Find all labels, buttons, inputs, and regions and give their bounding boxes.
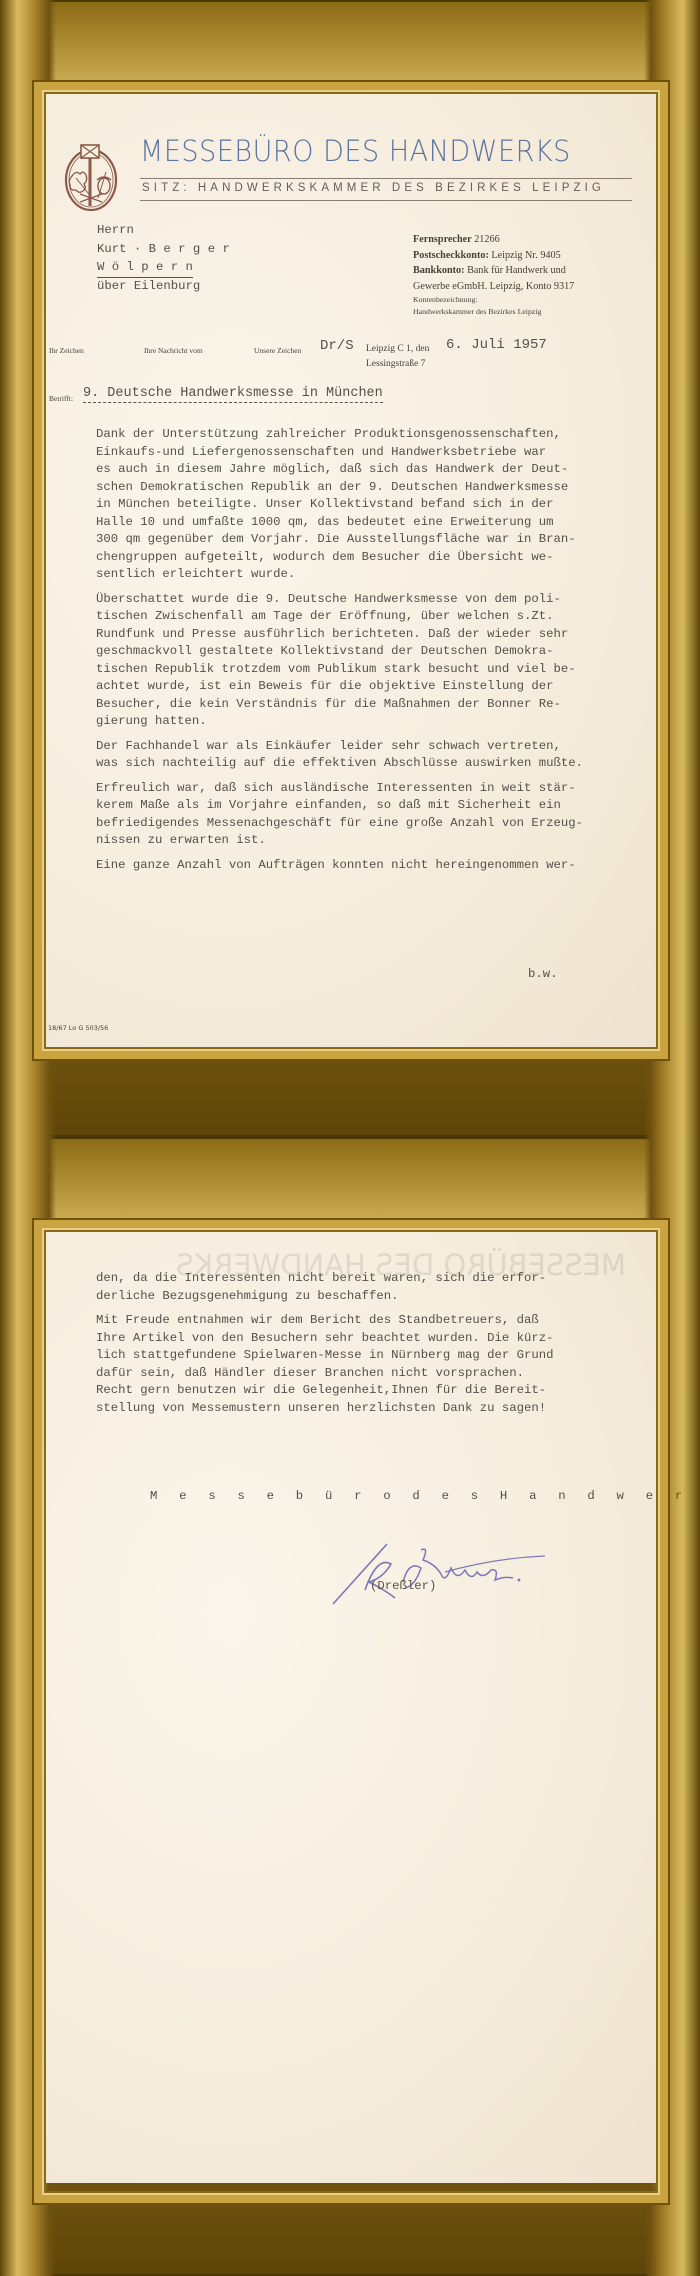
letter-page-2: MESSEBÜRO DES HANDWERKS den, da die Inte… xyxy=(46,1232,656,2183)
print-code: 18/67 Lo G 503/56 xyxy=(48,1024,108,1032)
bank-line-1: Bank für Handwerk und xyxy=(467,265,566,276)
letter-date: 6. Juli 1957 xyxy=(446,337,547,353)
account-name: Handwerkskammer des Bezirkes Leipzig xyxy=(413,306,574,318)
your-ref-label: Ihr Zeichen xyxy=(49,346,84,355)
recipient-salutation: Herrn xyxy=(97,222,230,241)
bank-label: Bankkonto: xyxy=(413,265,465,276)
signer-name: (Dreßler) xyxy=(370,1578,436,1596)
postcheck-account: Leipzig Nr. 9405 xyxy=(491,250,560,261)
your-message-label: Ihre Nachricht vom xyxy=(144,346,203,355)
contact-block: Fernsprecher 21266 Postscheckkonto: Leip… xyxy=(413,232,574,318)
recipient-name: Kurt · B e r g e r xyxy=(97,241,230,260)
organization-name: MESSEBÜRO DES HANDWERKS xyxy=(140,134,571,168)
letter-body-page-2: den, da die Interessenten nicht bereit w… xyxy=(96,1270,651,1424)
subject-label: Betrifft: xyxy=(49,394,73,403)
page1-paragraph: Der Fachhandel war als Einkäufer leider … xyxy=(96,738,651,773)
account-name-label: Kontenbezeichnung: xyxy=(413,294,574,306)
page1-paragraph: Eine ganze Anzahl von Aufträgen konnten … xyxy=(96,857,651,875)
street-address: Lessingstraße 7 xyxy=(366,359,425,369)
page1-paragraph: Dank der Unterstützung zahlreicher Produ… xyxy=(96,426,651,584)
recipient-address: Herrn Kurt · B e r g e r W ö l p e r n ü… xyxy=(97,222,230,296)
hammer-oak-leaf-acorn-emblem-icon xyxy=(62,142,120,212)
handwritten-signature-icon xyxy=(325,1538,555,1610)
letter-page-1: MESSEBÜRO DES HANDWERKS SITZ: HANDWERKSK… xyxy=(46,94,656,1047)
bank-line-2: Gewerbe eGmbH. Leipzig, Konto 9317 xyxy=(413,279,574,295)
postcheck-label: Postscheckkonto: xyxy=(413,250,489,261)
letterhead-rule-top xyxy=(140,178,632,179)
subject-text: 9. Deutsche Handwerksmesse in München xyxy=(83,386,383,403)
closing-organization: M e s s e b ü r o d e s H a n d w e r k … xyxy=(150,1488,700,1506)
letterhead-rule-bottom xyxy=(140,200,632,201)
page2-paragraph: Mit Freude entnahmen wir dem Bericht des… xyxy=(96,1312,651,1417)
place-label: Leipzig C 1, den xyxy=(366,344,429,354)
phone-number: 21266 xyxy=(474,234,499,245)
our-ref-value: Dr/S xyxy=(320,338,354,354)
our-ref-label: Unsere Zeichen xyxy=(254,346,301,355)
recipient-place: W ö l p e r n xyxy=(97,259,193,278)
page1-paragraph: Überschattet wurde die 9. Deutsche Handw… xyxy=(96,591,651,731)
phone-label: Fernsprecher xyxy=(413,234,472,245)
page1-paragraph: Erfreulich war, daß sich ausländische In… xyxy=(96,780,651,850)
recipient-via: über Eilenburg xyxy=(97,278,230,297)
page2-paragraph: den, da die Interessenten nicht bereit w… xyxy=(96,1270,651,1305)
organization-seat: SITZ: HANDWERKSKAMMER DES BEZIRKES LEIPZ… xyxy=(142,182,605,194)
letter-body-page-1: Dank der Unterstützung zahlreicher Produ… xyxy=(96,426,651,881)
continued-overleaf-note: b.w. xyxy=(528,966,558,984)
